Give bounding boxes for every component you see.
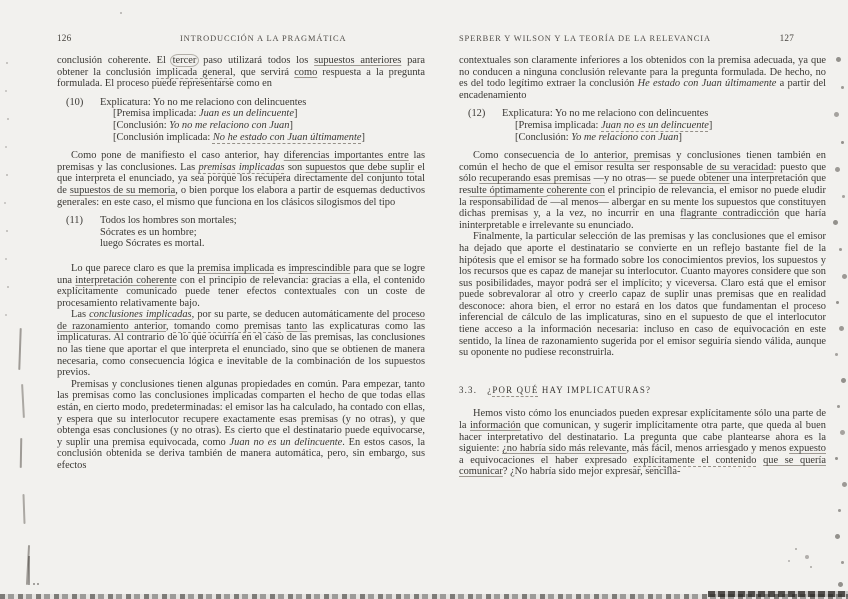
text-run: ] bbox=[361, 132, 364, 143]
text-run: HAY IMPLICATURAS? bbox=[538, 385, 651, 395]
page-body: conclusión coherente. El tercer paso uti… bbox=[57, 55, 425, 472]
example-line: Explicatura: Yo no me relaciono con deli… bbox=[100, 97, 425, 109]
pencil-margin-stroke bbox=[20, 438, 23, 468]
scan-edge-bottom-right bbox=[708, 591, 848, 597]
text-run: Finalmente, la particular selección de l… bbox=[459, 231, 826, 358]
example-line: [Conclusión implicada: No he estado con … bbox=[100, 132, 425, 144]
text-run: emisor resulta ser bbox=[574, 162, 650, 173]
italic-text-run: conclusiones implicadas bbox=[89, 309, 191, 320]
text-run: POR QUÉ bbox=[492, 385, 538, 395]
text-run: diferencias importantes entre bbox=[284, 150, 409, 161]
numbered-example: (11)Todos los hombres son mortales;Sócra… bbox=[66, 215, 425, 250]
scan-speckles-right-edge bbox=[0, 0, 3, 3]
example-line: Explicatura: Yo no me relaciono con deli… bbox=[502, 108, 826, 120]
text-run: , por su parte, se deducen automáticamen… bbox=[192, 309, 393, 320]
text-run: [Conclusión: bbox=[515, 132, 571, 143]
scanned-book-spread: { "colors": { "paper": "#f2f1ee", "ink":… bbox=[0, 0, 848, 599]
text-run: ] bbox=[709, 120, 712, 131]
text-run: [Conclusión: bbox=[113, 120, 169, 131]
pencil-margin-stroke bbox=[26, 545, 30, 585]
paragraph: Lo que parece claro es que la premisa im… bbox=[57, 263, 425, 309]
text-run: ¿ bbox=[477, 385, 492, 395]
text-run: supuestos que debe suplir bbox=[306, 162, 415, 173]
running-header-left: 126 INTRODUCCIÓN A LA PRAGMÁTICA bbox=[57, 33, 425, 43]
text-run: Explicatura: Yo no me relaciono con deli… bbox=[502, 108, 708, 119]
scan-dots-left-margin bbox=[0, 0, 2, 2]
example-line: [Premisa implicada: Juan es un delincuen… bbox=[100, 108, 425, 120]
section-heading: 3.3. ¿POR QUÉ HAY IMPLICATURAS? bbox=[459, 385, 826, 397]
text-run: Lo que parece claro es que la bbox=[71, 263, 197, 274]
paragraph: Premisas y conclusiones tienen algunas p… bbox=[57, 379, 425, 472]
italic-text-run: premisas implicadas bbox=[198, 162, 284, 173]
text-run: Las bbox=[71, 309, 89, 320]
page-number: 127 bbox=[780, 33, 794, 43]
italic-text-run: Juan no es un delincuente bbox=[601, 120, 709, 131]
text-run: ] bbox=[294, 108, 297, 119]
running-head-title: SPERBER Y WILSON Y LA TEORÍA DE LA RELEV… bbox=[459, 34, 711, 43]
text-run: , que servirá bbox=[233, 67, 294, 78]
text-run: [Conclusión implicada: bbox=[113, 132, 213, 143]
italic-text-run: Juan no es un delincuente bbox=[230, 437, 343, 448]
text-run: expuesto bbox=[789, 443, 826, 454]
text-run: tercer bbox=[170, 54, 200, 67]
text-run: paso utilizará todos los bbox=[197, 55, 314, 66]
text-run: [Premisa implicada: bbox=[515, 120, 601, 131]
book-page-left: 126 INTRODUCCIÓN A LA PRAGMÁTICA conclus… bbox=[57, 33, 425, 472]
text-run: es bbox=[274, 263, 289, 274]
paragraph: Las conclusiones implicadas, por su part… bbox=[57, 309, 425, 379]
text-run: Todos los hombres son mortales; bbox=[100, 215, 237, 226]
running-header-right: SPERBER Y WILSON Y LA TEORÍA DE LA RELEV… bbox=[459, 33, 826, 43]
text-run: se puede obtener bbox=[659, 173, 729, 184]
text-run: implicada general bbox=[156, 67, 233, 78]
running-head-title: INTRODUCCIÓN A LA PRAGMÁTICA bbox=[71, 34, 425, 43]
text-run: ¿no habría sido más relevante bbox=[502, 443, 626, 454]
numbered-example: (10)Explicatura: Yo no me relaciono con … bbox=[66, 97, 425, 143]
text-run: premisa implicada bbox=[197, 263, 274, 274]
pencil-corner-mark bbox=[28, 556, 39, 585]
pencil-margin-stroke bbox=[18, 328, 21, 370]
text-run: supuestos anteriores bbox=[314, 55, 401, 66]
text-run: responsable bbox=[650, 162, 707, 173]
scan-edge-bottom bbox=[0, 594, 848, 599]
example-line: Todos los hombres son mortales; bbox=[100, 215, 425, 227]
numbered-example: (12)Explicatura: Yo no me relaciono con … bbox=[468, 108, 826, 143]
pencil-margin-stroke bbox=[21, 384, 25, 418]
text-run: [Premisa implicada: bbox=[113, 108, 199, 119]
page-body: contextuales son claramente inferiores a… bbox=[459, 55, 826, 478]
example-line: [Conclusión: Yo no me relaciono con Juan… bbox=[100, 120, 425, 132]
example-line: Sócrates es un hombre; bbox=[100, 227, 425, 239]
text-run: responsabilidad de bbox=[469, 197, 547, 208]
text-run: explícitamente el contenido bbox=[634, 455, 757, 466]
text-run: ? ¿No habría sido mejor expresar, sencil… bbox=[503, 466, 681, 477]
italic-text-run: Yo no me relaciono con Juan bbox=[169, 120, 289, 131]
italic-text-run: No he estado con Juan últimamente bbox=[213, 132, 362, 143]
paragraph: Como consecuencia de lo anterior, premis… bbox=[459, 150, 826, 231]
paragraph: Finalmente, la particular selección de l… bbox=[459, 231, 826, 359]
text-run: supuestos de su memoria bbox=[70, 185, 175, 196]
text-run: imprescindible bbox=[289, 263, 351, 274]
example-line: [Conclusión: Yo me relaciono con Juan] bbox=[502, 132, 826, 144]
text-run: interpretación coherente bbox=[75, 275, 176, 286]
text-run: —y no otras— bbox=[591, 173, 659, 184]
text-run: como bbox=[294, 67, 317, 78]
text-run: ] bbox=[289, 120, 292, 131]
italic-text-run: Juan es un delincuente bbox=[199, 108, 294, 119]
text-run: luego Sócrates es mortal. bbox=[100, 238, 204, 249]
text-run: , bbox=[166, 321, 174, 332]
paragraph: Hemos visto cómo los enunciados pueden e… bbox=[459, 408, 826, 478]
text-run: Como pone de manifiesto el caso anterior… bbox=[71, 150, 284, 161]
example-number: (10) bbox=[66, 97, 100, 143]
scan-dots-bottom-right bbox=[0, 0, 2, 2]
text-run: coherente con bbox=[547, 185, 605, 196]
text-run: Explicatura: Yo no me relaciono con deli… bbox=[100, 97, 306, 108]
pencil-margin-stroke bbox=[22, 494, 25, 524]
example-line: [Premisa implicada: Juan no es un delinc… bbox=[502, 120, 826, 132]
example-number: (12) bbox=[468, 108, 502, 143]
text-run: tomando como premisas bbox=[174, 321, 281, 332]
paragraph: Como pone de manifiesto el caso anterior… bbox=[57, 150, 425, 208]
text-run: flagrante contradicción bbox=[680, 208, 779, 219]
example-line: luego Sócrates es mortal. bbox=[100, 238, 425, 250]
text-run: son bbox=[285, 162, 306, 173]
paragraph: conclusión coherente. El tercer paso uti… bbox=[57, 55, 425, 90]
text-run: información bbox=[470, 420, 521, 431]
text-run: Sócrates es un hombre; bbox=[100, 227, 197, 238]
text-run: tanto bbox=[286, 321, 307, 332]
paragraph: contextuales son claramente inferiores a… bbox=[459, 55, 826, 101]
text-run: , más fácil, menos arriesgado y menos bbox=[626, 443, 789, 454]
text-run: recuperando esas premisas bbox=[479, 173, 590, 184]
example-number: (11) bbox=[66, 215, 100, 250]
text-run: 3.3. bbox=[459, 385, 477, 395]
text-run: conclusión coherente. El bbox=[57, 55, 172, 66]
text-run: de su veracidad bbox=[707, 162, 774, 173]
text-run: ] bbox=[678, 132, 681, 143]
italic-text-run: He estado con Juan últimamente bbox=[638, 78, 777, 89]
italic-text-run: Yo me relaciono con Juan bbox=[571, 132, 678, 143]
text-run: a equivocaciones el haber expresado bbox=[459, 455, 634, 466]
book-page-right: SPERBER Y WILSON Y LA TEORÍA DE LA RELEV… bbox=[459, 33, 826, 478]
page-number: 126 bbox=[57, 33, 71, 43]
